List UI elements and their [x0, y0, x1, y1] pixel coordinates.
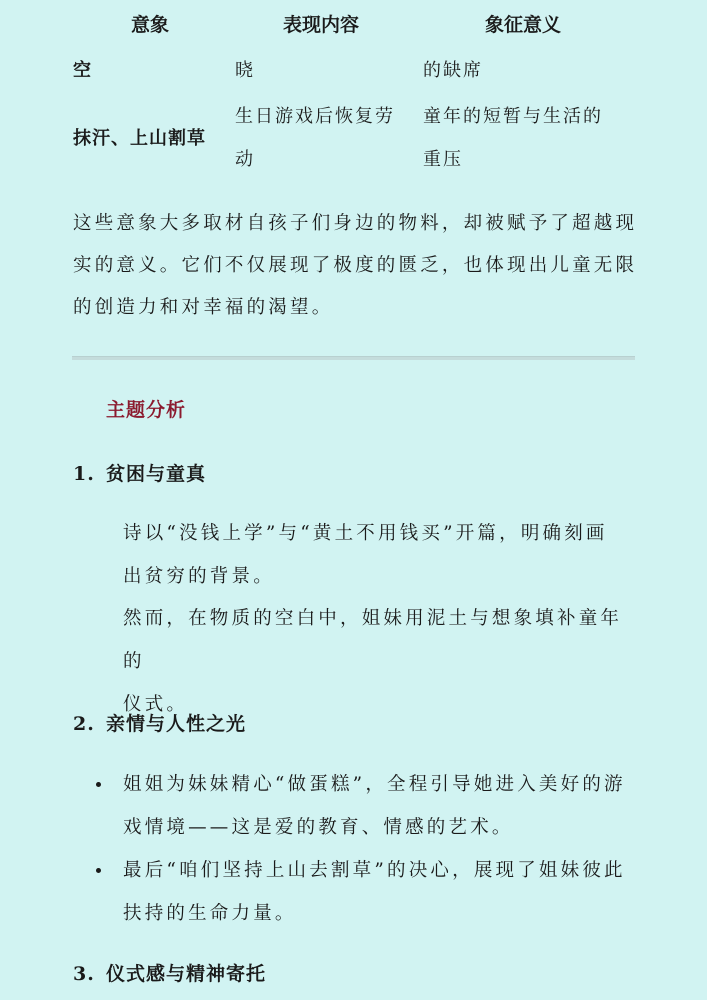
paragraph-line: 然而，在物质的空白中，姐妹用泥土与想象填补童年的 [123, 608, 622, 672]
cell-meaning-line1: 童年的短暂与生活的 [423, 96, 603, 138]
theme-title: 贫困与童真 [106, 463, 206, 485]
theme-1-paragraph-1: 诗以“没钱上学”与“黄土不用钱买”开篇，明确刻画 出贫穷的背景。 [123, 512, 643, 598]
cell-meaning: 的缺席 [423, 50, 483, 92]
header-content: 表现内容 [283, 10, 359, 37]
cell-content: 晓 [235, 50, 255, 92]
table-header: 意象 表现内容 象征意义 [73, 10, 633, 40]
summary-line: 实的意义。它们不仅展现了极度的匮乏，也体现出儿童无限 [73, 255, 637, 276]
theme-title: 亲情与人性之光 [106, 713, 246, 735]
theme-heading-3: 3.仪式感与精神寄托 [73, 959, 266, 986]
theme-number: 3. [73, 963, 106, 985]
paragraph-line: 诗以“没钱上学”与“黄土不用钱买”开篇，明确刻画 [123, 523, 608, 544]
header-imagery: 意象 [131, 10, 169, 37]
bullet-line: 戏情境——这是爱的教育、情感的艺术。 [123, 817, 514, 838]
cell-imagery: 抹汗、上山割草 [73, 118, 206, 160]
theme-heading-2: 2.亲情与人性之光 [73, 709, 246, 736]
theme-1-paragraph-2: 然而，在物质的空白中，姐妹用泥土与想象填补童年的 仪式。 [123, 597, 643, 726]
bullet-icon [96, 868, 101, 873]
paragraph-line: 出贫穷的背景。 [123, 566, 275, 587]
bullet-line: 姐姐为妹妹精心“做蛋糕”，全程引导她进入美好的游 [123, 774, 626, 795]
header-meaning: 象征意义 [485, 10, 561, 37]
summary-paragraph: 这些意象大多取材自孩子们身边的物料，却被赋予了超越现 实的意义。它们不仅展现了极… [73, 203, 643, 329]
summary-line: 这些意象大多取材自孩子们身边的物料，却被赋予了超越现 [73, 213, 637, 234]
horizontal-divider [72, 356, 635, 360]
cell-content-line1: 生日游戏后恢复劳 [235, 96, 395, 138]
cell-meaning-line2: 重压 [423, 139, 463, 181]
list-item: 最后“咱们坚持上山去割草”的决心，展现了姐妹彼此 扶持的生命力量。 [90, 849, 645, 935]
summary-line: 的创造力和对幸福的渴望。 [73, 297, 333, 318]
cell-content-line2: 动 [235, 139, 255, 181]
bullet-icon [96, 782, 101, 787]
theme-number: 2. [73, 713, 106, 735]
section-title: 主题分析 [106, 395, 186, 422]
theme-2-bullet-list: 姐姐为妹妹精心“做蛋糕”，全程引导她进入美好的游 戏情境——这是爱的教育、情感的… [90, 763, 645, 935]
theme-number: 1. [73, 463, 106, 485]
theme-heading-1: 1.贫困与童真 [73, 459, 206, 486]
bullet-line: 最后“咱们坚持上山去割草”的决心，展现了姐妹彼此 [123, 860, 626, 881]
theme-title: 仪式感与精神寄托 [106, 963, 266, 985]
list-item: 姐姐为妹妹精心“做蛋糕”，全程引导她进入美好的游 戏情境——这是爱的教育、情感的… [90, 763, 645, 849]
cell-imagery: 空 [73, 50, 92, 92]
bullet-line: 扶持的生命力量。 [123, 903, 297, 924]
